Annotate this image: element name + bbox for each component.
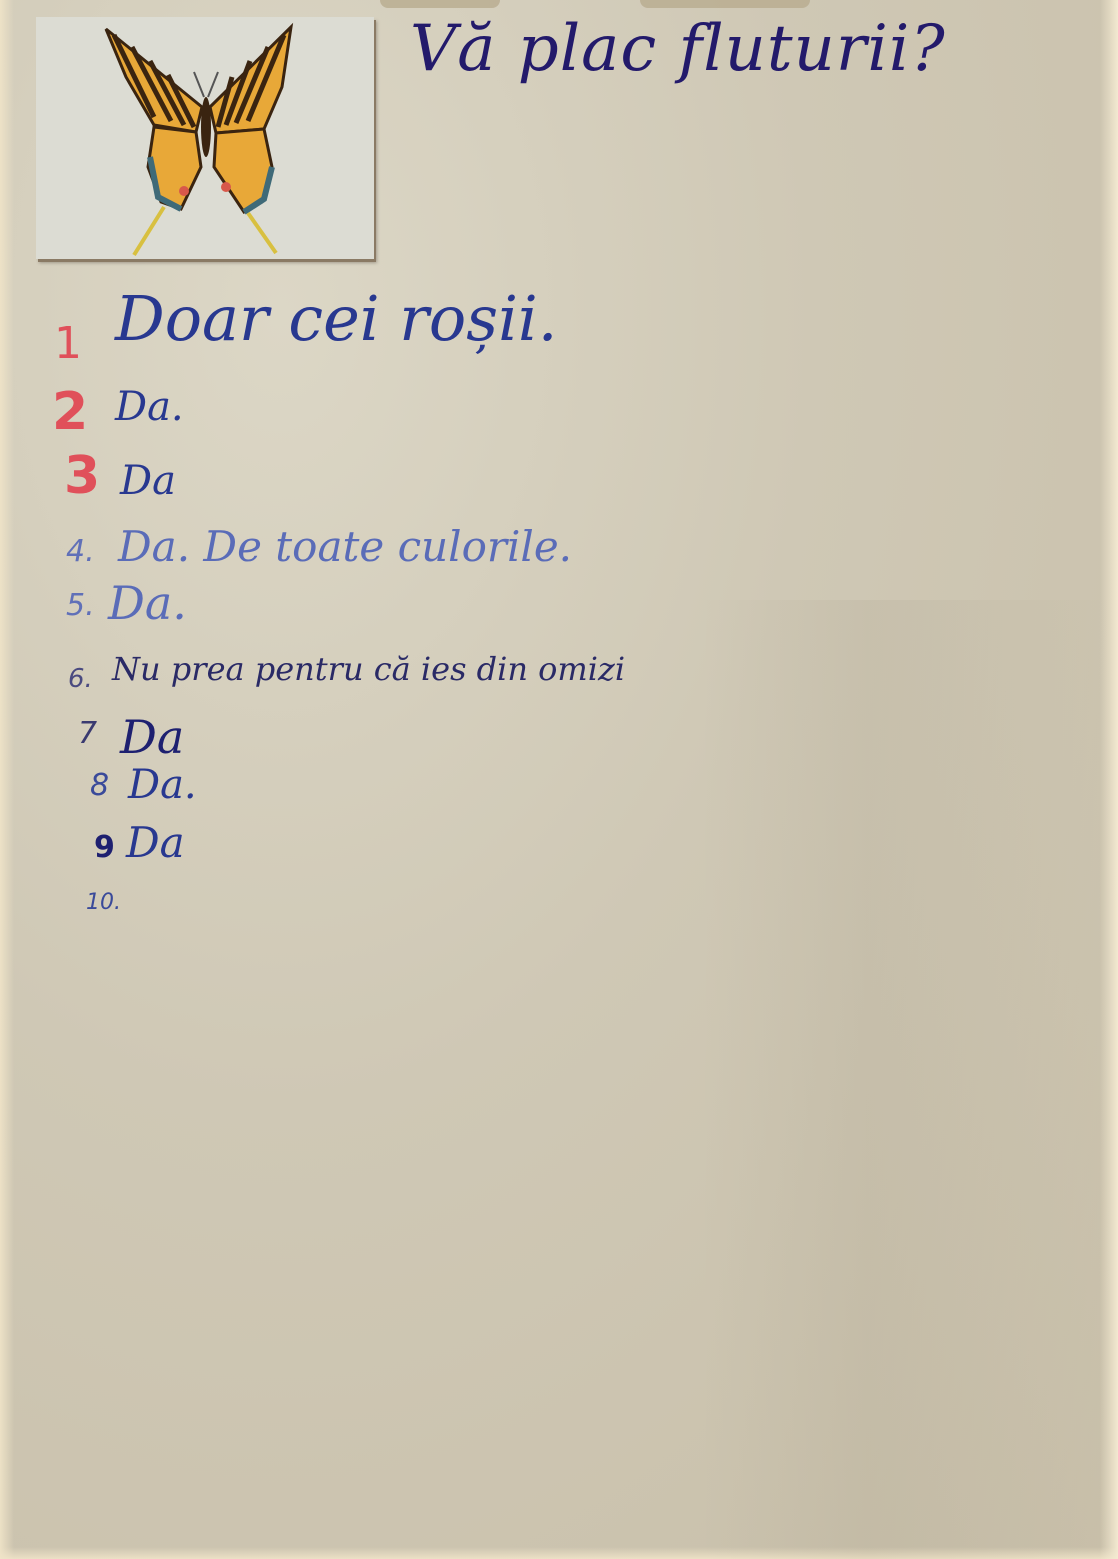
paper-sheet: Vă plac fluturii? 1 Doar cei roșii. 2 Da… (0, 0, 1118, 1559)
butterfly-icon (36, 17, 374, 259)
answer-text: Da (120, 458, 176, 504)
answer-text: Da (126, 818, 185, 867)
answer-text: Doar cei roșii. (115, 282, 557, 355)
answer-number: 4. (66, 534, 95, 569)
answer-number: 8 (90, 768, 109, 803)
tape-residue (640, 0, 810, 8)
answer-text: Da. (108, 576, 187, 630)
answer-number: 3 (64, 446, 100, 506)
tape-residue (380, 0, 500, 8)
answer-text: Da. (128, 762, 197, 808)
paper-shadow (700, 600, 1118, 1559)
answer-number: 6. (68, 664, 93, 694)
answer-text: Nu prea pentru că ies din omizi (112, 650, 625, 688)
answer-number: 10. (86, 890, 121, 915)
answer-number: 5. (66, 588, 95, 623)
answer-number: 9 (94, 830, 115, 865)
answer-number: 2 (52, 382, 88, 442)
answer-text: Da. (115, 384, 184, 430)
answer-number: 1 (54, 318, 82, 369)
answer-text: Da (120, 710, 184, 764)
answer-text: Da. De toate culorile. (118, 522, 572, 571)
answer-number: 7 (78, 716, 97, 751)
butterfly-picture (36, 17, 374, 259)
page-title: Vă plac fluturii? (410, 12, 946, 86)
